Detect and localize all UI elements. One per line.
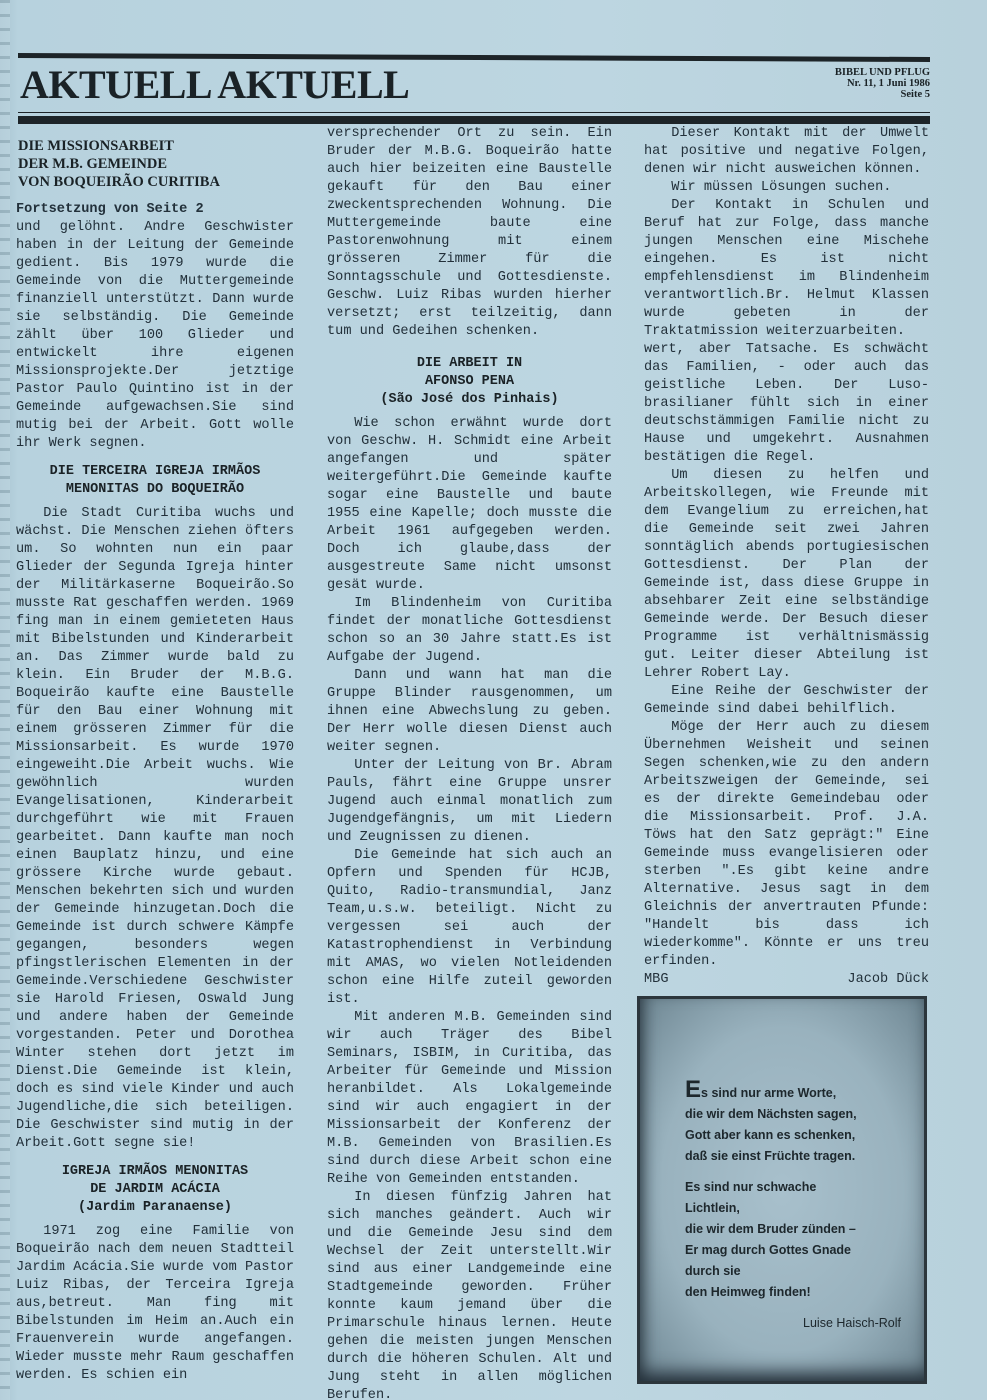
issue-date: Nr. 11, 1 Juni 1986 [835, 78, 930, 89]
article-paragraph: Um diesen zu helfen und Arbeitskollegen,… [644, 467, 929, 683]
article-paragraph: Im Blindenheim von Curitiba findet der m… [327, 595, 612, 667]
article-paragraph: Mit anderen M.B. Gemeinden sind wir auch… [327, 1009, 612, 1189]
article-paragraph: 1971 zog eine Familie von Boqueirão nach… [16, 1223, 294, 1385]
section-heading: DIE TERCEIRA IGREJA IRMÃOS MENONITAS DO … [16, 463, 294, 499]
poem-dropcap: E [685, 1076, 701, 1103]
article-paragraph: Wir müssen Lösungen suchen. [644, 179, 929, 197]
article-signature: MBG Jacob Dück [644, 971, 929, 989]
poem-line: die wir dem Bruder zünden – [685, 1219, 915, 1240]
article-paragraph: In diesen fünfzig Jahren hat sich manche… [327, 1189, 612, 1400]
article-paragraph: Dieser Kontakt mit der Umwelt hat positi… [644, 125, 929, 179]
headline-line: VON BOQUEIRÃO CURITIBA [18, 173, 294, 191]
heading-subtitle: (São José dos Pinhais) [327, 391, 612, 409]
poem-line: die wir dem Nächsten sagen, [685, 1104, 915, 1125]
book-spine-edge [0, 0, 10, 1400]
article-paragraph: Eine Reihe der Geschwister der Gemeinde … [644, 683, 929, 719]
article-headline: DIE MISSIONSARBEIT DER M.B. GEMEINDE VON… [18, 137, 294, 191]
masthead-rule-bottom [18, 116, 930, 124]
heading-line: IGREJA IRMÃOS MENONITAS [16, 1163, 294, 1181]
poem-box: Es sind nur arme Worte, die wir dem Näch… [637, 996, 927, 1384]
heading-line: DE JARDIM ACÁCIA [16, 1181, 294, 1199]
column-1: DIE MISSIONSARBEIT DER M.B. GEMEINDE VON… [16, 125, 294, 1385]
continuation-note: Fortsetzung von Seite 2 [16, 201, 294, 219]
heading-line: MENONITAS DO BOQUEIRÃO [16, 481, 294, 499]
article-paragraph: Die Stadt Curitiba wuchs und wächst. Die… [16, 505, 294, 1153]
page-title: AKTUELL AKTUELL [20, 61, 409, 108]
poem-line: daß sie einst Früchte tragen. [685, 1146, 915, 1167]
article-paragraph: versprechender Ort zu sein. Ein Bruder d… [327, 125, 612, 341]
poem-line: Es sind nur schwache [685, 1177, 915, 1198]
stanza-gap [685, 1167, 915, 1177]
poem-line: Es sind nur arme Worte, [685, 1081, 915, 1104]
column-2: versprechender Ort zu sein. Ein Bruder d… [327, 125, 612, 1400]
article-paragraph: Die Gemeinde hat sich auch an Opfern und… [327, 847, 612, 1009]
signature-author: Jacob Dück [847, 971, 929, 989]
signature-org: MBG [644, 971, 668, 989]
headline-line: DER M.B. GEMEINDE [18, 155, 294, 173]
article-paragraph: Unter der Leitung von Br. Abram Pauls, f… [327, 757, 612, 847]
poem: Es sind nur arme Worte, die wir dem Näch… [685, 1081, 915, 1334]
headline-line: DIE MISSIONSARBEIT [18, 137, 294, 155]
article-paragraph: Wie schon erwähnt wurde dort von Geschw.… [327, 415, 612, 595]
publication-info: BIBEL UND PFLUG Nr. 11, 1 Juni 1986 Seit… [835, 67, 930, 100]
page-number: Seite 5 [835, 89, 930, 100]
masthead: AKTUELL AKTUELL BIBEL UND PFLUG Nr. 11, … [18, 55, 930, 125]
heading-line: AFONSO PENA [327, 373, 612, 391]
poem-line: Lichtlein, [685, 1198, 915, 1219]
heading-line: DIE TERCEIRA IGREJA IRMÃOS [16, 463, 294, 481]
column-3: Dieser Kontakt mit der Umwelt hat positi… [644, 125, 929, 989]
poem-line: Gott aber kann es schenken, [685, 1125, 915, 1146]
heading-line: DIE ARBEIT IN [327, 355, 612, 373]
poem-line: durch sie [685, 1261, 915, 1282]
publication-name: BIBEL UND PFLUG [835, 67, 930, 78]
article-paragraph: Dann und wann hat man die Gruppe Blinder… [327, 667, 612, 757]
article-paragraph: Möge der Herr auch zu diesem Übernehmen … [644, 719, 929, 971]
heading-subtitle: (Jardim Paranaense) [16, 1199, 294, 1217]
poem-line: Er mag durch Gottes Gnade [685, 1240, 915, 1261]
article-paragraph: Der Kontakt in Schulen und Beruf hat zur… [644, 197, 929, 341]
article-paragraph: wert, aber Tatsache. Es schwächt das Fam… [644, 341, 929, 467]
poem-line: den Heimweg finden! [685, 1282, 915, 1303]
poem-line-text: s sind nur arme Worte, [701, 1086, 836, 1100]
article-paragraph: und gelöhnt. Andre Geschwister haben in … [16, 219, 294, 453]
section-heading: DIE ARBEIT IN AFONSO PENA (São José dos … [327, 355, 612, 409]
poem-author: Luise Haisch-Rolf [685, 1313, 915, 1334]
section-heading: IGREJA IRMÃOS MENONITAS DE JARDIM ACÁCIA… [16, 1163, 294, 1217]
